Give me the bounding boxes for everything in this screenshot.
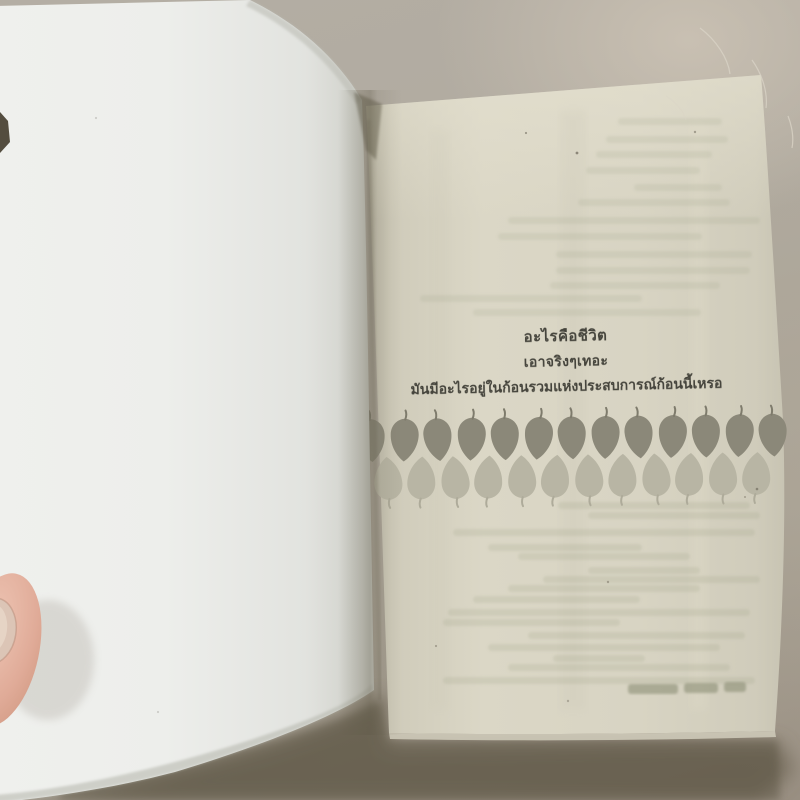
book-photo: อะไรคือชีวิต เอาจริงๆเทอะ มันมีอะไรอยู่ใ… [0, 0, 800, 800]
gutter-shadow [338, 90, 402, 735]
caption-line-2: เอาจริงๆเทอะ [370, 351, 762, 373]
page-caption: อะไรคือชีวิต เอาจริงๆเทอะ มันมีอะไรอยู่ใ… [369, 325, 762, 398]
book-artwork [0, 0, 800, 800]
right-page [366, 75, 784, 740]
